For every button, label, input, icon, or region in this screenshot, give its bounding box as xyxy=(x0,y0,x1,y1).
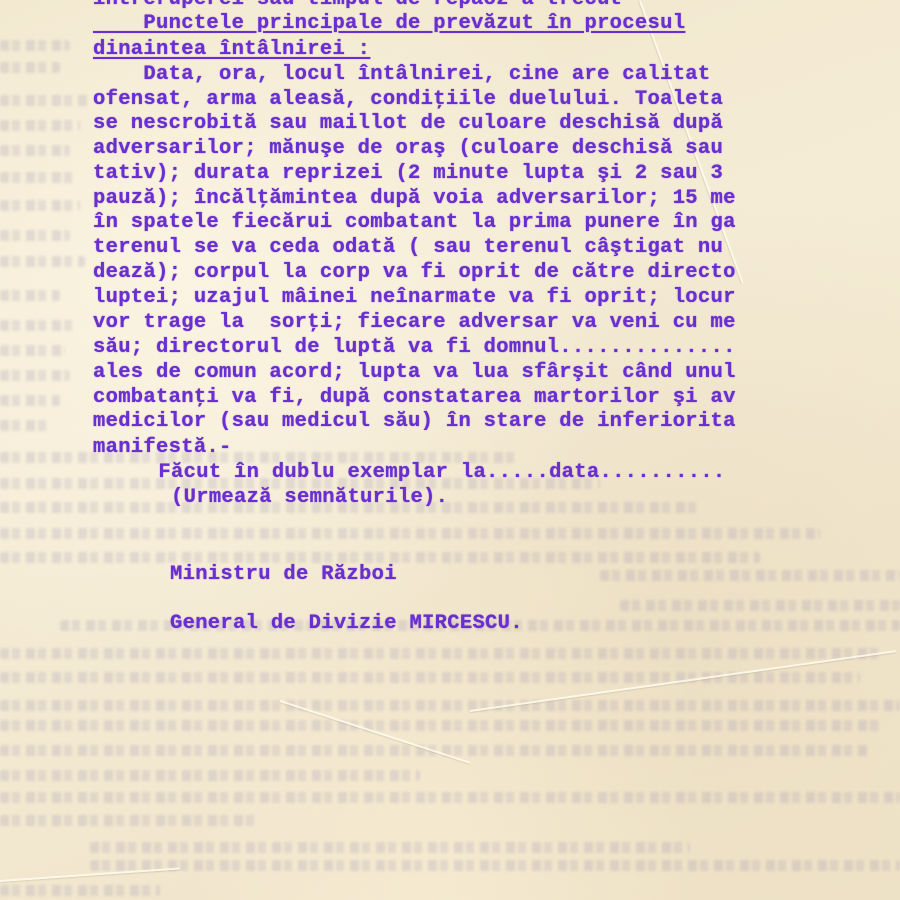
section-heading: Punctele principale de prevăzut în proce… xyxy=(93,12,685,36)
body-line: vor trage la sorţi; fiecare adversar va … xyxy=(93,311,736,335)
closing-line: Făcut în dublu exemplar la.....data.....… xyxy=(108,461,726,485)
body-line: ofensat, arma aleasă, condiţiile duelulu… xyxy=(93,88,723,112)
section-heading-continued: dinaintea întâlnirei : xyxy=(93,38,370,62)
body-line: său; directorul de luptă va fi domnul...… xyxy=(93,336,736,360)
body-line: dează); corpul la corp va fi oprit de că… xyxy=(93,261,736,285)
body-line: combatanţi va fi, după constatarea marto… xyxy=(93,386,736,410)
body-line: adversarilor; mănuşe de oraş (culoare de… xyxy=(93,137,723,161)
signatures-note: (Urmează semnăturile). xyxy=(108,486,448,510)
signatory-name: General de Divizie MIRCESCU. xyxy=(170,612,523,636)
body-line: manifestă.- xyxy=(93,436,232,460)
body-line: terenul se va ceda odată ( sau terenul c… xyxy=(93,236,723,260)
body-line: tativ); durata reprizei (2 minute lupta … xyxy=(93,162,723,186)
body-line: în spatele fiecărui combatant la prima p… xyxy=(93,211,736,235)
body-line: luptei; uzajul mâinei neînarmate va fi o… xyxy=(93,286,736,310)
signatory-title: Ministru de Război xyxy=(170,563,397,587)
body-line: medicilor (sau medicul său) în stare de … xyxy=(93,410,736,434)
text-line-fragment-top: intreruperei sau timpul de repaoz a trec… xyxy=(93,0,622,12)
body-line: se nescrobită sau maillot de culoare des… xyxy=(93,112,723,136)
body-line: pauză); încălţămintea după voia adversar… xyxy=(93,187,736,211)
typewritten-document: intreruperei sau timpul de repaoz a trec… xyxy=(0,0,900,900)
body-line: ales de comun acord; lupta va lua sfârşi… xyxy=(93,361,736,385)
body-line: Data, ora, locul întâlnirei, cine are ca… xyxy=(93,63,711,87)
